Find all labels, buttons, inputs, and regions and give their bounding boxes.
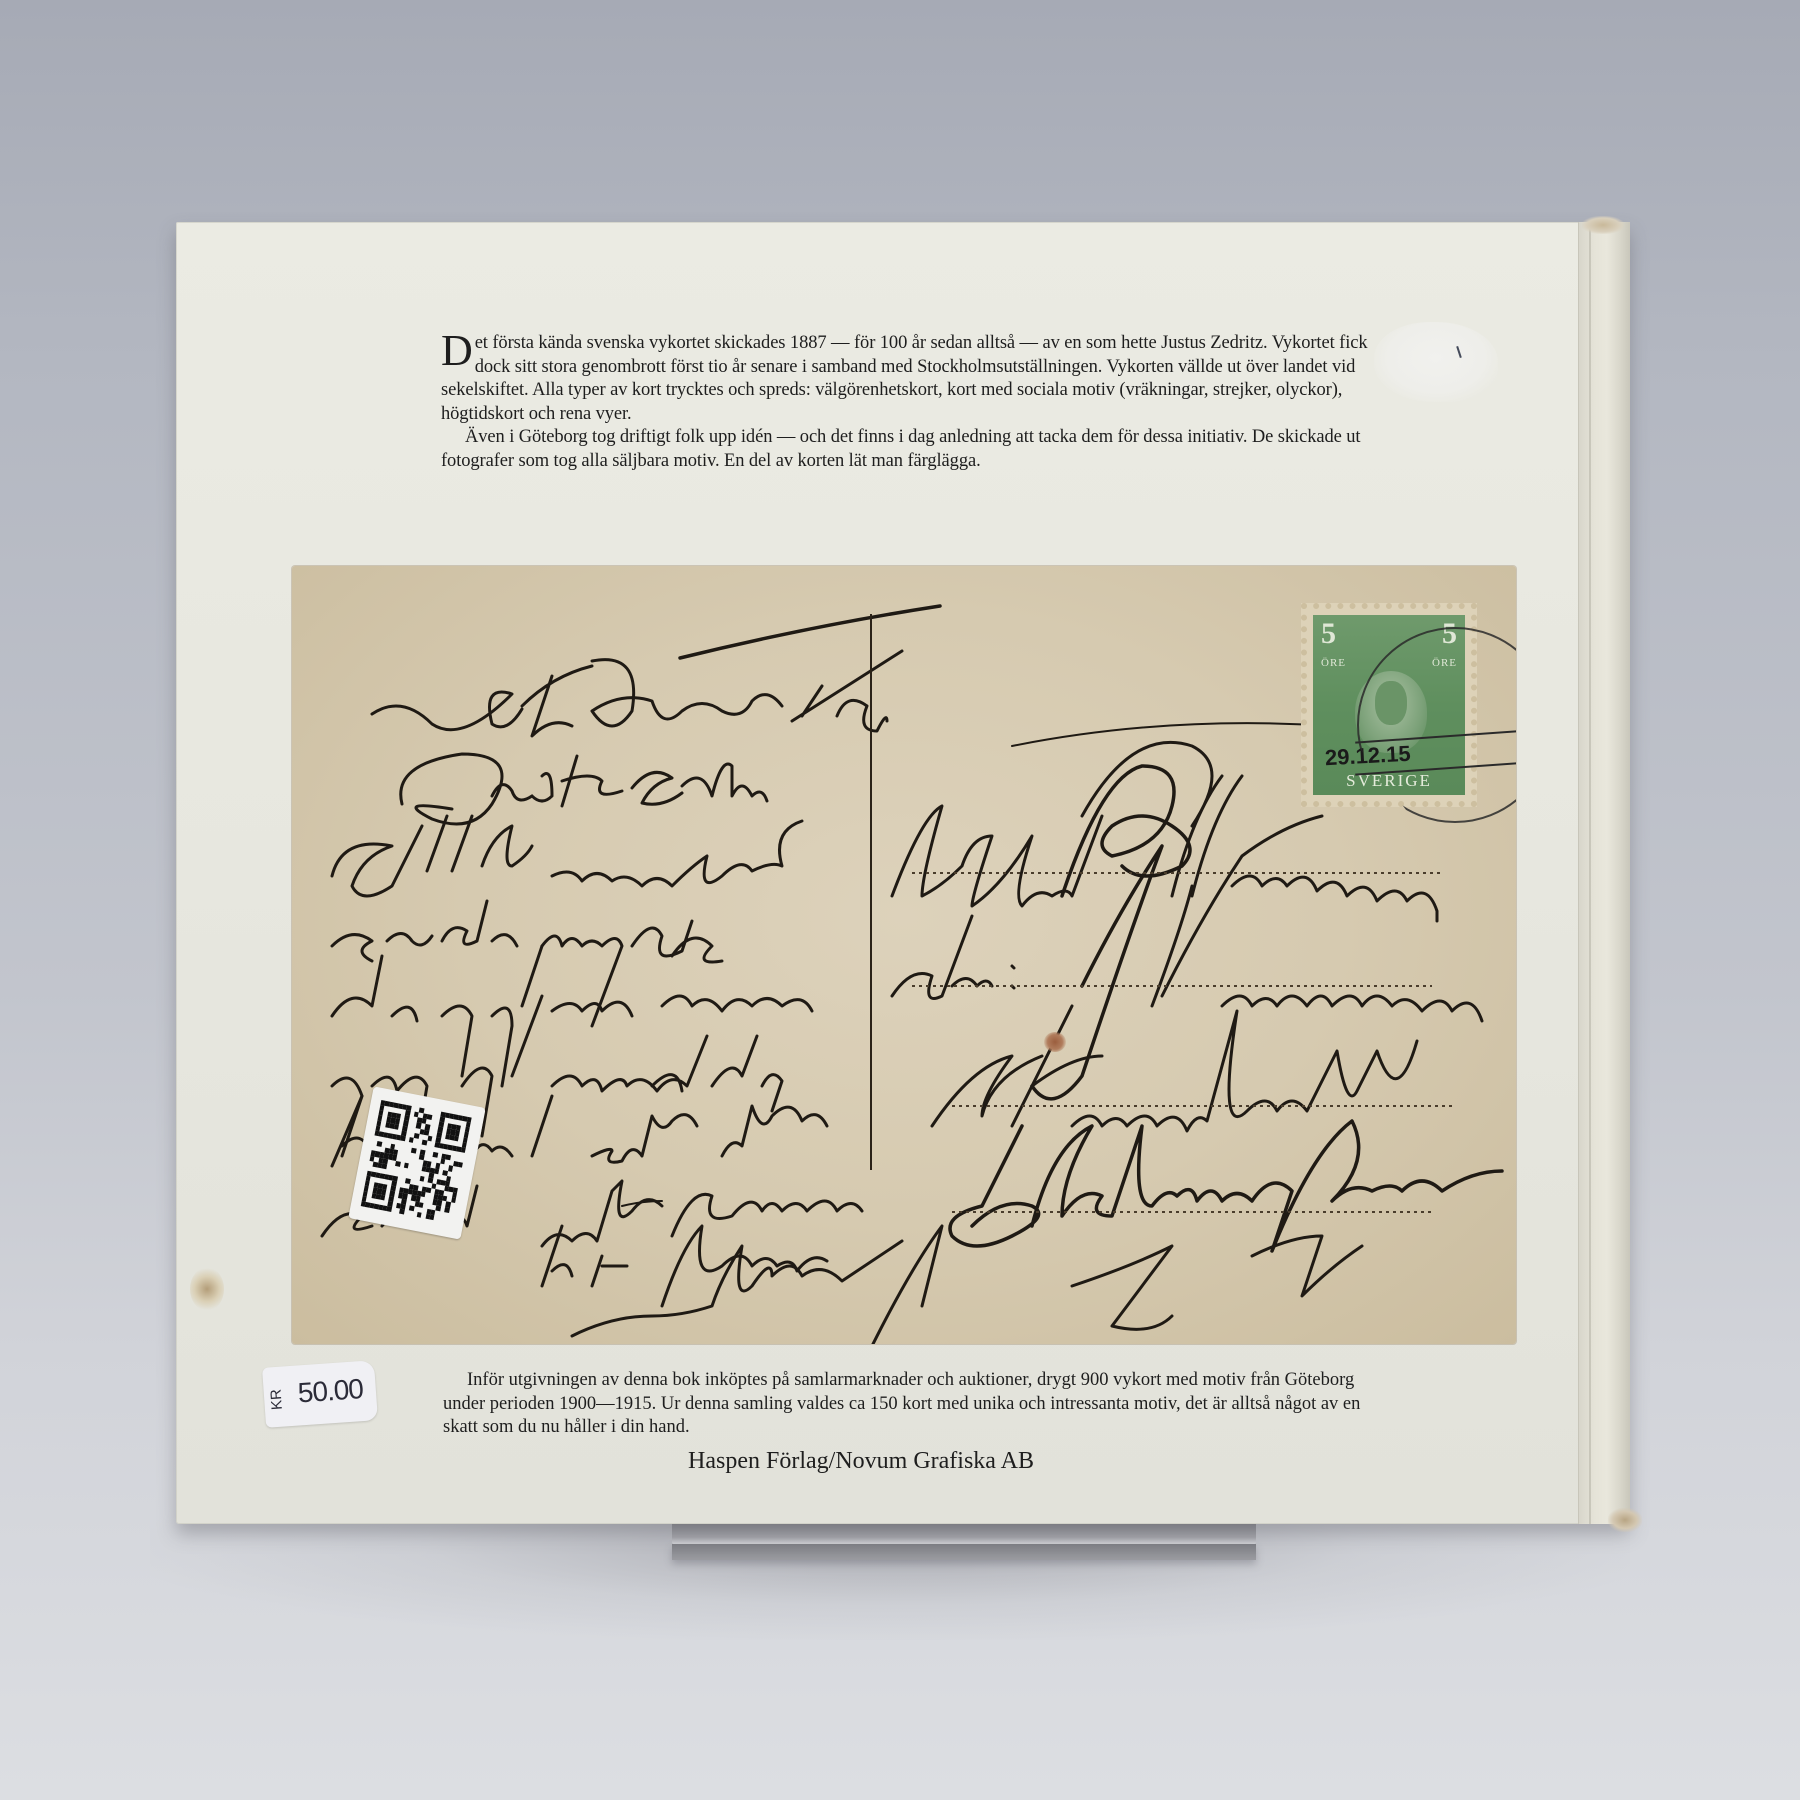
price-value: 50.00 <box>297 1373 364 1409</box>
intro-paragraph-1: Det första kända svenska vykortet skicka… <box>441 332 1371 426</box>
postcard-image: 5 5 ÖRE ÖRE SVERIGE 29.12.15 <box>292 566 1516 1344</box>
postcard-divider <box>870 614 872 1170</box>
book-spine <box>1578 222 1630 1524</box>
postage-stamp: 5 5 ÖRE ÖRE SVERIGE 29.12.15 <box>1301 603 1477 807</box>
intro-paragraph-2: Även i Göteborg tog driftigt folk upp id… <box>441 426 1371 473</box>
outro-text: Inför utgivningen av denna bok inköptes … <box>443 1369 1373 1440</box>
spine-wear-top <box>1582 216 1624 234</box>
stamp-denomination-left: ÖRE <box>1321 657 1346 669</box>
outro-paragraph: Inför utgivningen av denna bok inköptes … <box>443 1369 1373 1440</box>
intro-paragraph-1-text: et första kända svenska vykortet skickad… <box>441 333 1368 424</box>
stand-base <box>672 1544 1256 1560</box>
rust-spot <box>1044 1032 1066 1052</box>
cover-stain <box>190 1267 224 1311</box>
acrylic-stand <box>672 1522 1256 1560</box>
spine-wear-bottom <box>1608 1508 1642 1532</box>
stand-lip <box>672 1522 1256 1544</box>
publisher-name: Haspen Förlag/Novum Grafiska AB <box>176 1448 1546 1475</box>
sticker-residue <box>1374 322 1498 402</box>
price-currency: KR <box>267 1389 285 1411</box>
dropcap: D <box>441 334 473 368</box>
book-back-cover: Det första kända svenska vykortet skicka… <box>176 222 1630 1524</box>
price-tag: KR 50.00 <box>262 1360 378 1428</box>
stamp-value-left: 5 <box>1321 617 1336 651</box>
qr-code-icon <box>361 1100 472 1224</box>
intro-text: Det första kända svenska vykortet skicka… <box>441 332 1371 473</box>
